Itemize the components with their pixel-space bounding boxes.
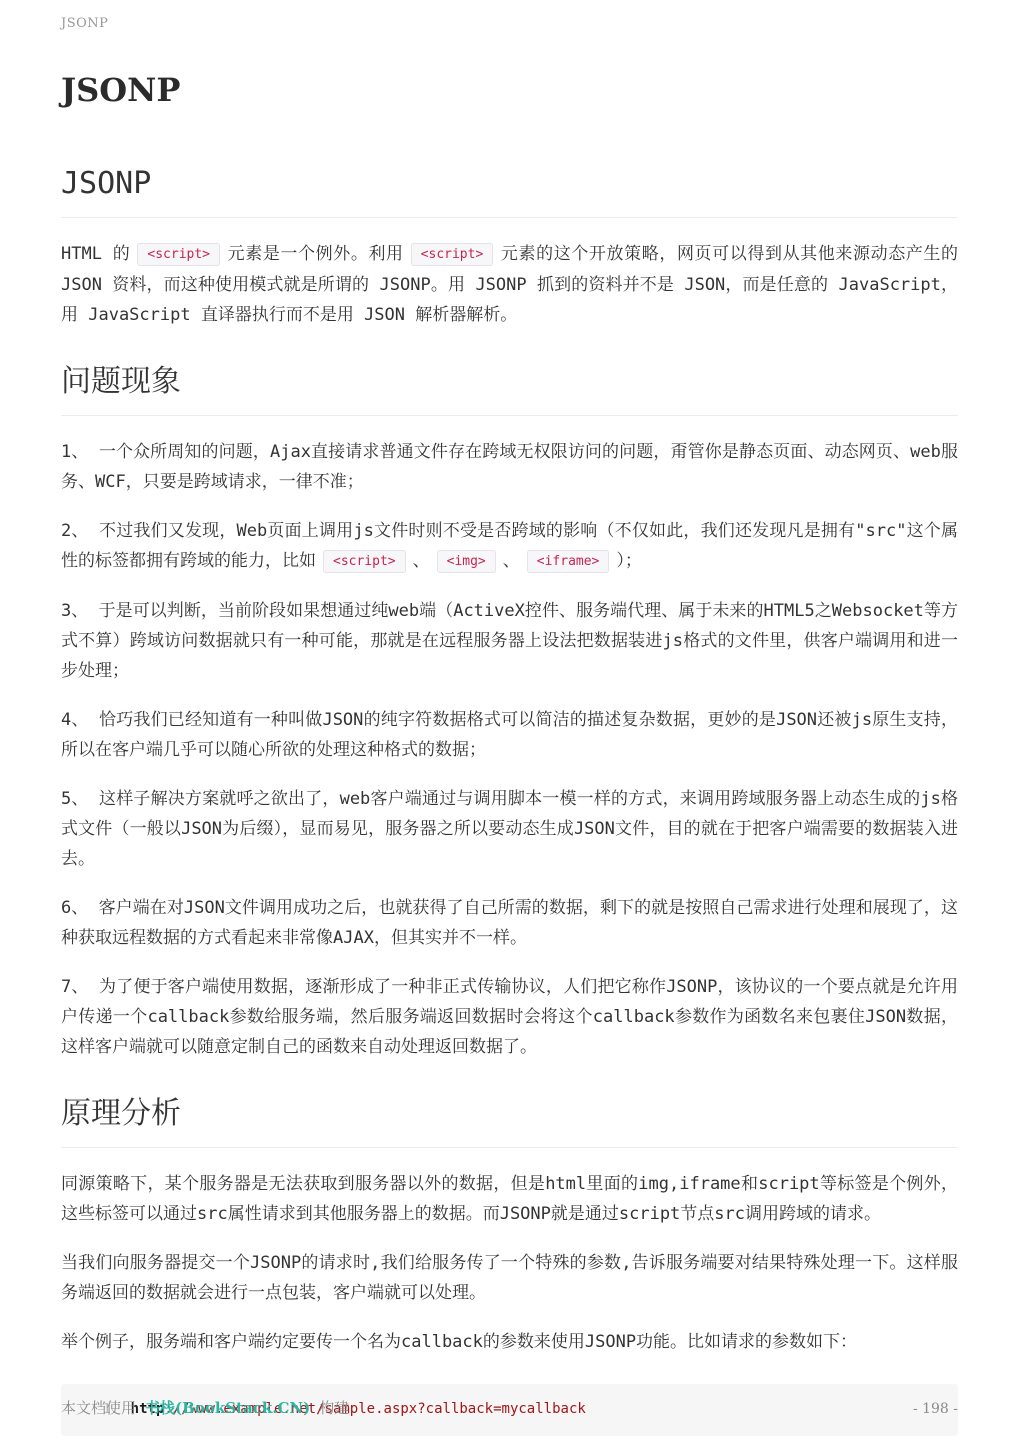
breadcrumb: JSONP xyxy=(61,16,958,31)
inline-code-img-tag: <img> xyxy=(437,550,496,573)
text-run: HTML 的 xyxy=(61,244,130,264)
bookstack-link[interactable]: 书栈(BookStack.CN) xyxy=(145,1399,310,1417)
section-heading-jsonp: JSONP xyxy=(61,166,958,218)
page-number: - 198 - xyxy=(913,1401,958,1417)
problem-item-7: 7、 为了便于客户端使用数据，逐渐形成了一种非正式传输协议，人们把它称作JSON… xyxy=(61,972,958,1062)
principle-paragraph-1: 同源策略下，某个服务器是无法获取到服务器以外的数据，但是html里面的img,i… xyxy=(61,1169,958,1229)
page-footer: 本文档使用 书栈(BookStack.CN) 构建 - 198 - xyxy=(61,1397,958,1418)
text-run: 、 xyxy=(413,551,430,571)
text-run: 、 xyxy=(503,551,520,571)
inline-code-script-tag: <script> xyxy=(137,243,220,266)
text-run: ）； xyxy=(616,551,642,571)
intro-paragraph: HTML 的<script>元素是一个例外。利用<script>元素的这个开放策… xyxy=(61,239,958,330)
problem-item-6: 6、 客户端在对JSON文件调用成功之后，也就获得了自己所需的数据，剩下的就是按… xyxy=(61,893,958,953)
footer-text-prefix: 本文档使用 xyxy=(61,1399,136,1417)
footer-text-suffix: 构建 xyxy=(319,1399,349,1417)
document-page: JSONP JSONP JSONP HTML 的<script>元素是一个例外。… xyxy=(0,0,1019,1440)
problem-item-5: 5、 这样子解决方案就呼之欲出了，web客户端通过与调用脚本一模一样的方式，来调… xyxy=(61,784,958,874)
principle-paragraph-3: 举个例子，服务端和客户端约定要传一个名为callback的参数来使用JSONP功… xyxy=(61,1327,958,1357)
principle-paragraph-2: 当我们向服务器提交一个JSONP的请求时,我们给服务传了一个特殊的参数,告诉服务… xyxy=(61,1248,958,1308)
page-title: JSONP xyxy=(61,73,958,108)
problem-item-2: 2、 不过我们又发现，Web页面上调用js文件时则不受是否跨域的影响（不仅如此，… xyxy=(61,516,958,577)
problem-item-4: 4、 恰巧我们已经知道有一种叫做JSON的纯字符数据格式可以简洁的描述复杂数据，… xyxy=(61,705,958,765)
problem-item-1: 1、 一个众所周知的问题，Ajax直接请求普通文件存在跨域无权限访问的问题，甭管… xyxy=(61,437,958,497)
inline-code-script-tag: <script> xyxy=(323,550,406,573)
section-heading-principle: 原理分析 xyxy=(61,1096,958,1148)
section-heading-problem: 问题现象 xyxy=(61,364,958,416)
inline-code-script-tag: <script> xyxy=(411,243,494,266)
footer-built-with: 本文档使用 书栈(BookStack.CN) 构建 xyxy=(61,1397,349,1418)
inline-code-iframe-tag: <iframe> xyxy=(527,550,610,573)
problem-item-3: 3、 于是可以判断，当前阶段如果想通过纯web端（ActiveX控件、服务端代理… xyxy=(61,596,958,686)
text-run: 元素是一个例外。利用 xyxy=(227,244,404,264)
